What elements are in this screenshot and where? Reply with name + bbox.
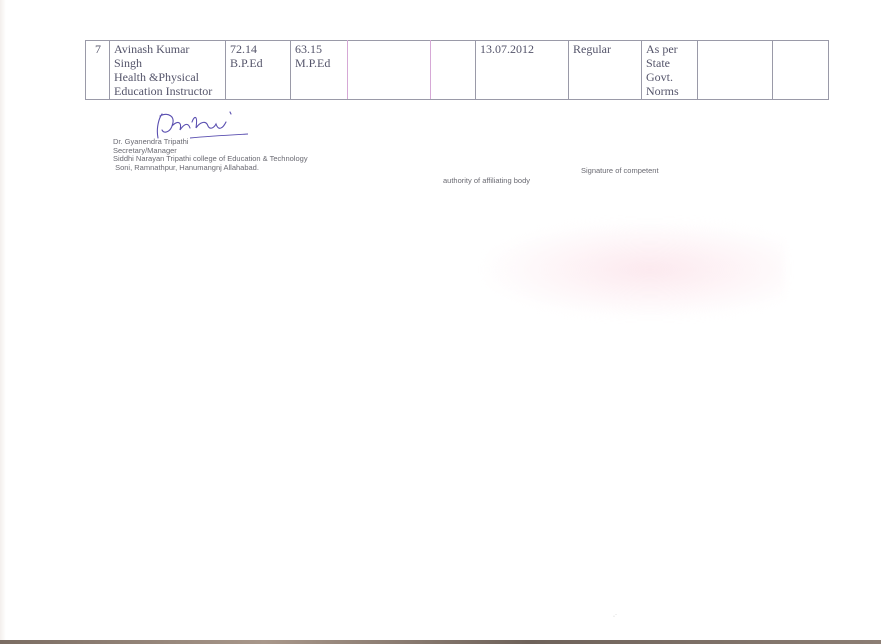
appointment-type-cell: Regular (569, 41, 642, 100)
name-line: Avinash Kumar (114, 42, 222, 56)
pay-scale-cell: As per State Govt. Norms (642, 41, 698, 100)
qualification2-cell: 63.15 M.P.Ed (291, 41, 348, 100)
qualification2-percent: 63.15 (295, 42, 344, 56)
pay-line: State (646, 56, 694, 70)
signatory-block: Dr. Gyanendra Tripathi Secretary/Manager… (113, 138, 308, 172)
empty-cell-9 (698, 41, 773, 100)
pay-line: Norms (646, 84, 694, 98)
faded-stamp (485, 222, 785, 317)
pay-line: Govt. (646, 70, 694, 84)
pay-line: As per (646, 42, 694, 56)
name-line: Education Instructor (114, 84, 222, 98)
name-cell: Avinash Kumar Singh Health &Physical Edu… (110, 41, 226, 100)
appointment-type: Regular (573, 42, 611, 56)
qualification1-degree: B.P.Ed (230, 56, 287, 70)
empty-cell-5 (431, 41, 476, 100)
scan-bottom-edge (0, 640, 881, 644)
empty-cell-4 (348, 41, 431, 100)
scan-speck: ·˙ (613, 614, 617, 620)
signatory-address: Soni, Ramnathpur, Hanumangnj Allahabad. (113, 164, 308, 173)
qualification1-cell: 72.14 B.P.Ed (226, 41, 291, 100)
date-of-joining-cell: 13.07.2012 (476, 41, 569, 100)
name-line: Singh (114, 56, 222, 70)
empty-cell-10 (773, 41, 829, 100)
authority-label: authority of affiliating body (443, 176, 530, 185)
serial-number: 7 (95, 42, 101, 56)
name-line: Health &Physical (114, 70, 222, 84)
qualification1-percent: 72.14 (230, 42, 287, 56)
date-of-joining: 13.07.2012 (480, 42, 534, 56)
qualification2-degree: M.P.Ed (295, 56, 344, 70)
staff-table: 7 Avinash Kumar Singh Health &Physical E… (85, 40, 829, 100)
table-row: 7 Avinash Kumar Singh Health &Physical E… (86, 41, 829, 100)
signature-of-competent-label: Signature of competent (581, 166, 659, 175)
scan-left-edge (0, 0, 6, 640)
serial-cell: 7 (86, 41, 110, 100)
